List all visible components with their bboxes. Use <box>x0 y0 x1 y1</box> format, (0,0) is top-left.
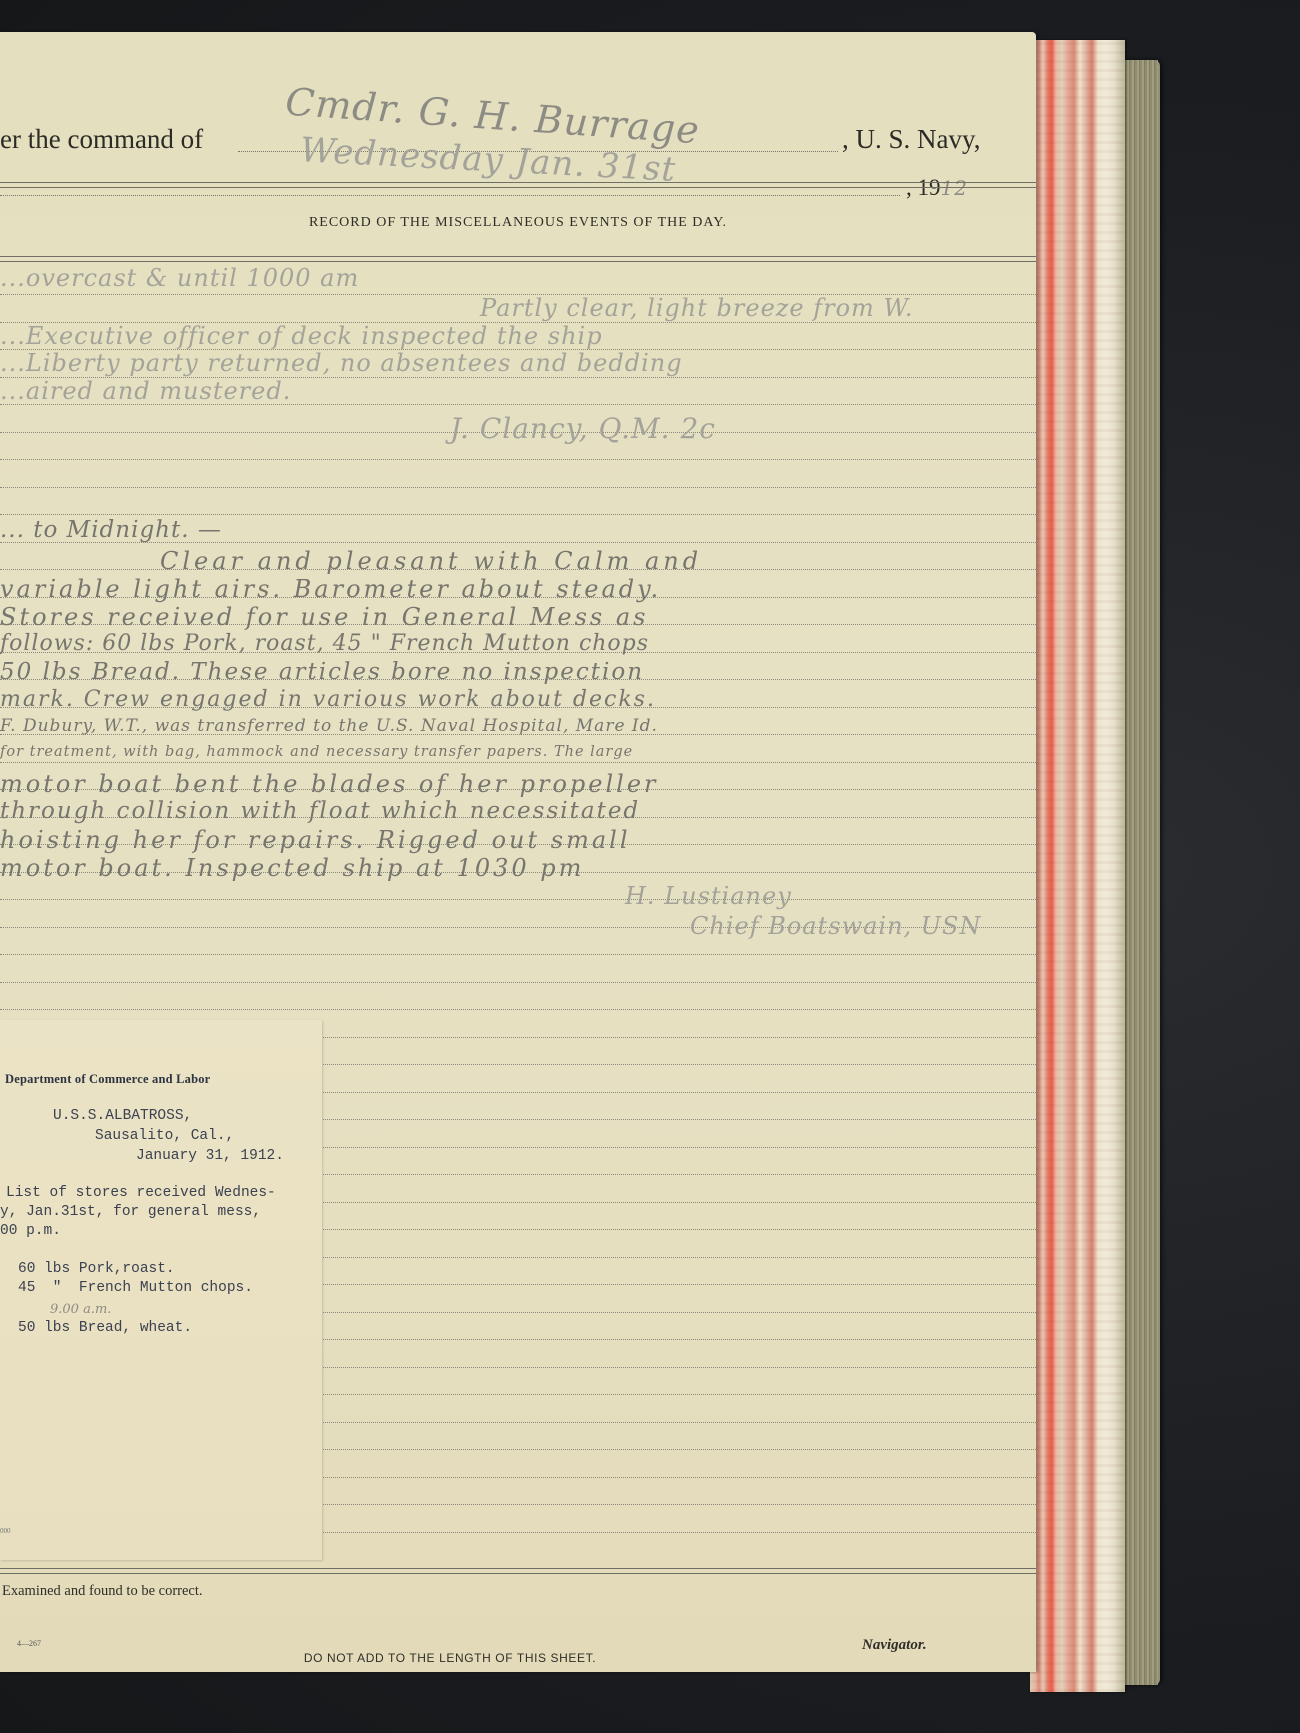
page-edges-stack <box>1030 40 1125 1692</box>
memo-item: 50 lbs Bread, wheat. <box>18 1320 192 1336</box>
memo-intro-line: 00 p.m. <box>0 1223 61 1239</box>
ruled-line <box>0 1009 1036 1010</box>
entry-2-line: F. Dubury, W.T., was transferred to the … <box>0 716 658 736</box>
memo-ship: U.S.S.ALBATROSS, <box>53 1108 192 1124</box>
section-title: RECORD OF THE MISCELLANEOUS EVENTS OF TH… <box>0 215 1036 231</box>
entry-2-signature-title: Chief Boatswain, USN <box>690 912 981 940</box>
entry-2-line: ... to Midnight. — <box>0 517 222 543</box>
entry-1-line: ...Executive officer of deck inspected t… <box>0 322 603 350</box>
entry-1-line: ...Liberty party returned, no absentees … <box>0 349 683 377</box>
entry-1-signature: J. Clancy, Q.M. 2c <box>450 412 716 445</box>
entry-2-line: through collision with float which neces… <box>0 798 640 824</box>
ruled-line <box>0 899 1036 900</box>
ruled-line <box>0 487 1036 488</box>
memo-location: Sausalito, Cal., <box>95 1128 234 1144</box>
ruled-line <box>0 459 1036 460</box>
entry-2-line: mark. Crew engaged in various work about… <box>0 687 656 712</box>
entry-2-signature: H. Lustianey <box>625 882 792 910</box>
ruled-line <box>0 762 1036 763</box>
service-suffix: , U. S. Navy, <box>842 124 981 155</box>
form-number: 4—267 <box>17 1639 41 1648</box>
entry-2-line: hoisting her for repairs. Rigged out sma… <box>0 826 631 854</box>
year-handwritten: 12 <box>941 176 968 200</box>
entry-2-line: variable light airs. Barometer about ste… <box>0 575 661 603</box>
entry-2-line: for treatment, with bag, hammock and nec… <box>0 744 633 760</box>
entry-2-line: Clear and pleasant with Calm and <box>160 547 702 575</box>
navigator-signature-label: Navigator. <box>862 1637 927 1654</box>
entry-2-line: 50 lbs Bread. These articles bore no ins… <box>0 659 644 685</box>
entry-1-line: ...overcast & until 1000 am <box>0 264 359 292</box>
command-prefix: er the command of <box>0 124 203 155</box>
bottom-double-rule <box>0 1568 1036 1574</box>
memo-handwritten-time: 9.00 a.m. <box>50 1302 111 1317</box>
ruled-line <box>0 954 1036 955</box>
memo-intro-line: List of stores received Wednes- <box>6 1185 276 1201</box>
date-fill-line <box>0 195 900 196</box>
book-cover-cloth <box>1120 60 1158 1685</box>
memo-letterhead: Department of Commerce and Labor <box>5 1072 210 1087</box>
ruled-line <box>0 982 1036 983</box>
section-double-rule <box>0 256 1036 262</box>
entry-2-line: motor boat bent the blades of her propel… <box>0 770 659 798</box>
entry-2-line: follows: 60 lbs Pork, roast, 45 " French… <box>0 631 649 656</box>
sheet-length-warning: DO NOT ADD TO THE LENGTH OF THIS SHEET. <box>0 1651 900 1665</box>
year-label: , 1912 <box>906 175 968 201</box>
memo-item: 45 " French Mutton chops. <box>18 1280 253 1296</box>
entry-2-line: Stores received for use in General Mess … <box>0 603 649 631</box>
memo-date: January 31, 1912. <box>136 1148 284 1164</box>
memo-intro-line: y, Jan.31st, for general mess, <box>0 1204 261 1220</box>
memo-corner-number: 000 <box>0 1527 11 1535</box>
header-double-rule <box>0 182 1036 188</box>
ruled-line <box>0 514 1036 515</box>
examined-statement: Examined and found to be correct. <box>2 1583 203 1600</box>
entry-1-line: ...aired and mustered. <box>0 377 291 405</box>
memo-item: 60 lbs Pork,roast. <box>18 1261 175 1277</box>
entry-2-line: motor boat. Inspected ship at 1030 pm <box>0 854 584 882</box>
entry-1-line: Partly clear, light breeze from W. <box>480 294 914 322</box>
pasted-stores-memo: Department of Commerce and Labor U.S.S.A… <box>0 1020 322 1560</box>
